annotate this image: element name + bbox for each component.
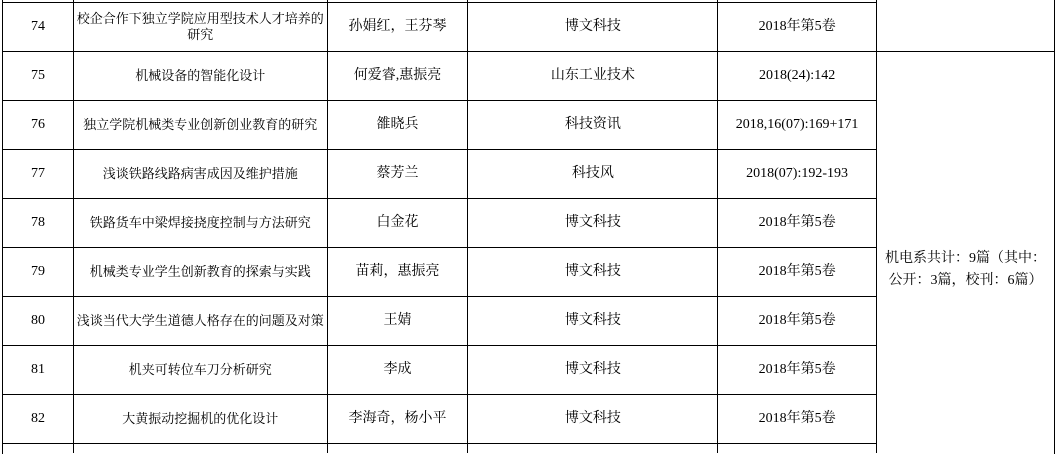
cell-authors: 李成 (328, 346, 469, 394)
cell-volume: 2018年第5卷 (718, 395, 877, 443)
partial-row-bottom (3, 444, 877, 453)
cell-volume: 2018年第5卷 (718, 297, 877, 345)
cell-title (74, 444, 328, 453)
cell-authors: 白金花 (328, 199, 469, 247)
cell-title: 铁路货车中梁焊接挠度控制与方法研究 (74, 199, 328, 247)
cell-no: 75 (3, 52, 74, 100)
cell-no (3, 444, 74, 453)
cell-authors: 雒晓兵 (328, 101, 469, 149)
cell-volume: 2018(24):142 (718, 52, 877, 100)
cell-volume: 2018年第5卷 (718, 346, 877, 394)
cell-publication: 博文科技 (468, 297, 718, 345)
cell-publication: 博文科技 (468, 199, 718, 247)
summary-cell: 机电系共计：9篇（其中：公开：3篇，校刊：6篇） (877, 52, 1054, 454)
cell-no: 80 (3, 297, 74, 345)
table-row: 74 校企合作下独立学院应用型技术人才培养的研究 孙娟红，王芬琴 博文科技 20… (3, 3, 877, 52)
cell-publication (468, 0, 718, 2)
table-row: 76 独立学院机械类专业创新创业教育的研究 雒晓兵 科技资讯 2018,16(0… (3, 101, 877, 150)
cell-title: 大黄振动挖掘机的优化设计 (74, 395, 328, 443)
cell-publication: 博文科技 (468, 3, 718, 51)
cell-authors (328, 444, 469, 453)
table-main-columns: 74 校企合作下独立学院应用型技术人才培养的研究 孙娟红，王芬琴 博文科技 20… (2, 0, 877, 454)
cell-volume (718, 0, 877, 2)
cell-volume: 2018年第5卷 (718, 248, 877, 296)
cell-authors: 苗莉，惠振亮 (328, 248, 469, 296)
cell-no: 79 (3, 248, 74, 296)
cell-volume: 2018(07):192-193 (718, 150, 877, 198)
cell-title: 浅谈铁路线路病害成因及维护措施 (74, 150, 328, 198)
cell-authors: 蔡芳兰 (328, 150, 469, 198)
cell-no (3, 0, 74, 2)
cell-title: 机械设备的智能化设计 (74, 52, 328, 100)
cell-no: 78 (3, 199, 74, 247)
table-row: 82 大黄振动挖掘机的优化设计 李海奇，杨小平 博文科技 2018年第5卷 (3, 395, 877, 444)
cell-authors: 孙娟红，王芬琴 (328, 3, 469, 51)
cell-volume (718, 444, 877, 453)
table-row: 78 铁路货车中梁焊接挠度控制与方法研究 白金花 博文科技 2018年第5卷 (3, 199, 877, 248)
cell-authors: 王婧 (328, 297, 469, 345)
cell-no: 81 (3, 346, 74, 394)
cell-authors: 何爱睿,惠振亮 (328, 52, 469, 100)
table-row: 77 浅谈铁路线路病害成因及维护措施 蔡芳兰 科技风 2018(07):192-… (3, 150, 877, 199)
table-row: 79 机械类专业学生创新教育的探索与实践 苗莉，惠振亮 博文科技 2018年第5… (3, 248, 877, 297)
cell-title (74, 0, 328, 2)
cell-no: 77 (3, 150, 74, 198)
cell-volume: 2018,16(07):169+171 (718, 101, 877, 149)
cell-volume: 2018年第5卷 (718, 199, 877, 247)
cell-publication: 博文科技 (468, 248, 718, 296)
table-row: 75 机械设备的智能化设计 何爱睿,惠振亮 山东工业技术 2018(24):14… (3, 52, 877, 101)
cell-publication: 科技风 (468, 150, 718, 198)
summary-column: 机电系共计：9篇（其中：公开：3篇，校刊：6篇） (877, 0, 1055, 454)
cell-no: 82 (3, 395, 74, 443)
cell-authors: 李海奇，杨小平 (328, 395, 469, 443)
cell-title: 校企合作下独立学院应用型技术人才培养的研究 (74, 3, 328, 51)
cell-publication: 山东工业技术 (468, 52, 718, 100)
cell-title: 浅谈当代大学生道德人格存在的问题及对策 (74, 297, 328, 345)
cell-no: 74 (3, 3, 74, 51)
table-row: 80 浅谈当代大学生道德人格存在的问题及对策 王婧 博文科技 2018年第5卷 (3, 297, 877, 346)
cell-title: 机械类专业学生创新教育的探索与实践 (74, 248, 328, 296)
cell-title: 独立学院机械类专业创新创业教育的研究 (74, 101, 328, 149)
publication-table-document: 74 校企合作下独立学院应用型技术人才培养的研究 孙娟红，王芬琴 博文科技 20… (0, 0, 1057, 454)
cell-volume: 2018年第5卷 (718, 3, 877, 51)
table-row: 81 机夹可转位车刀分析研究 李成 博文科技 2018年第5卷 (3, 346, 877, 395)
cell-publication (468, 444, 718, 453)
summary-cell-previous-section (877, 0, 1054, 52)
cell-no: 76 (3, 101, 74, 149)
cell-publication: 博文科技 (468, 346, 718, 394)
cell-authors (328, 0, 469, 2)
cell-title: 机夹可转位车刀分析研究 (74, 346, 328, 394)
cell-publication: 博文科技 (468, 395, 718, 443)
cell-publication: 科技资讯 (468, 101, 718, 149)
